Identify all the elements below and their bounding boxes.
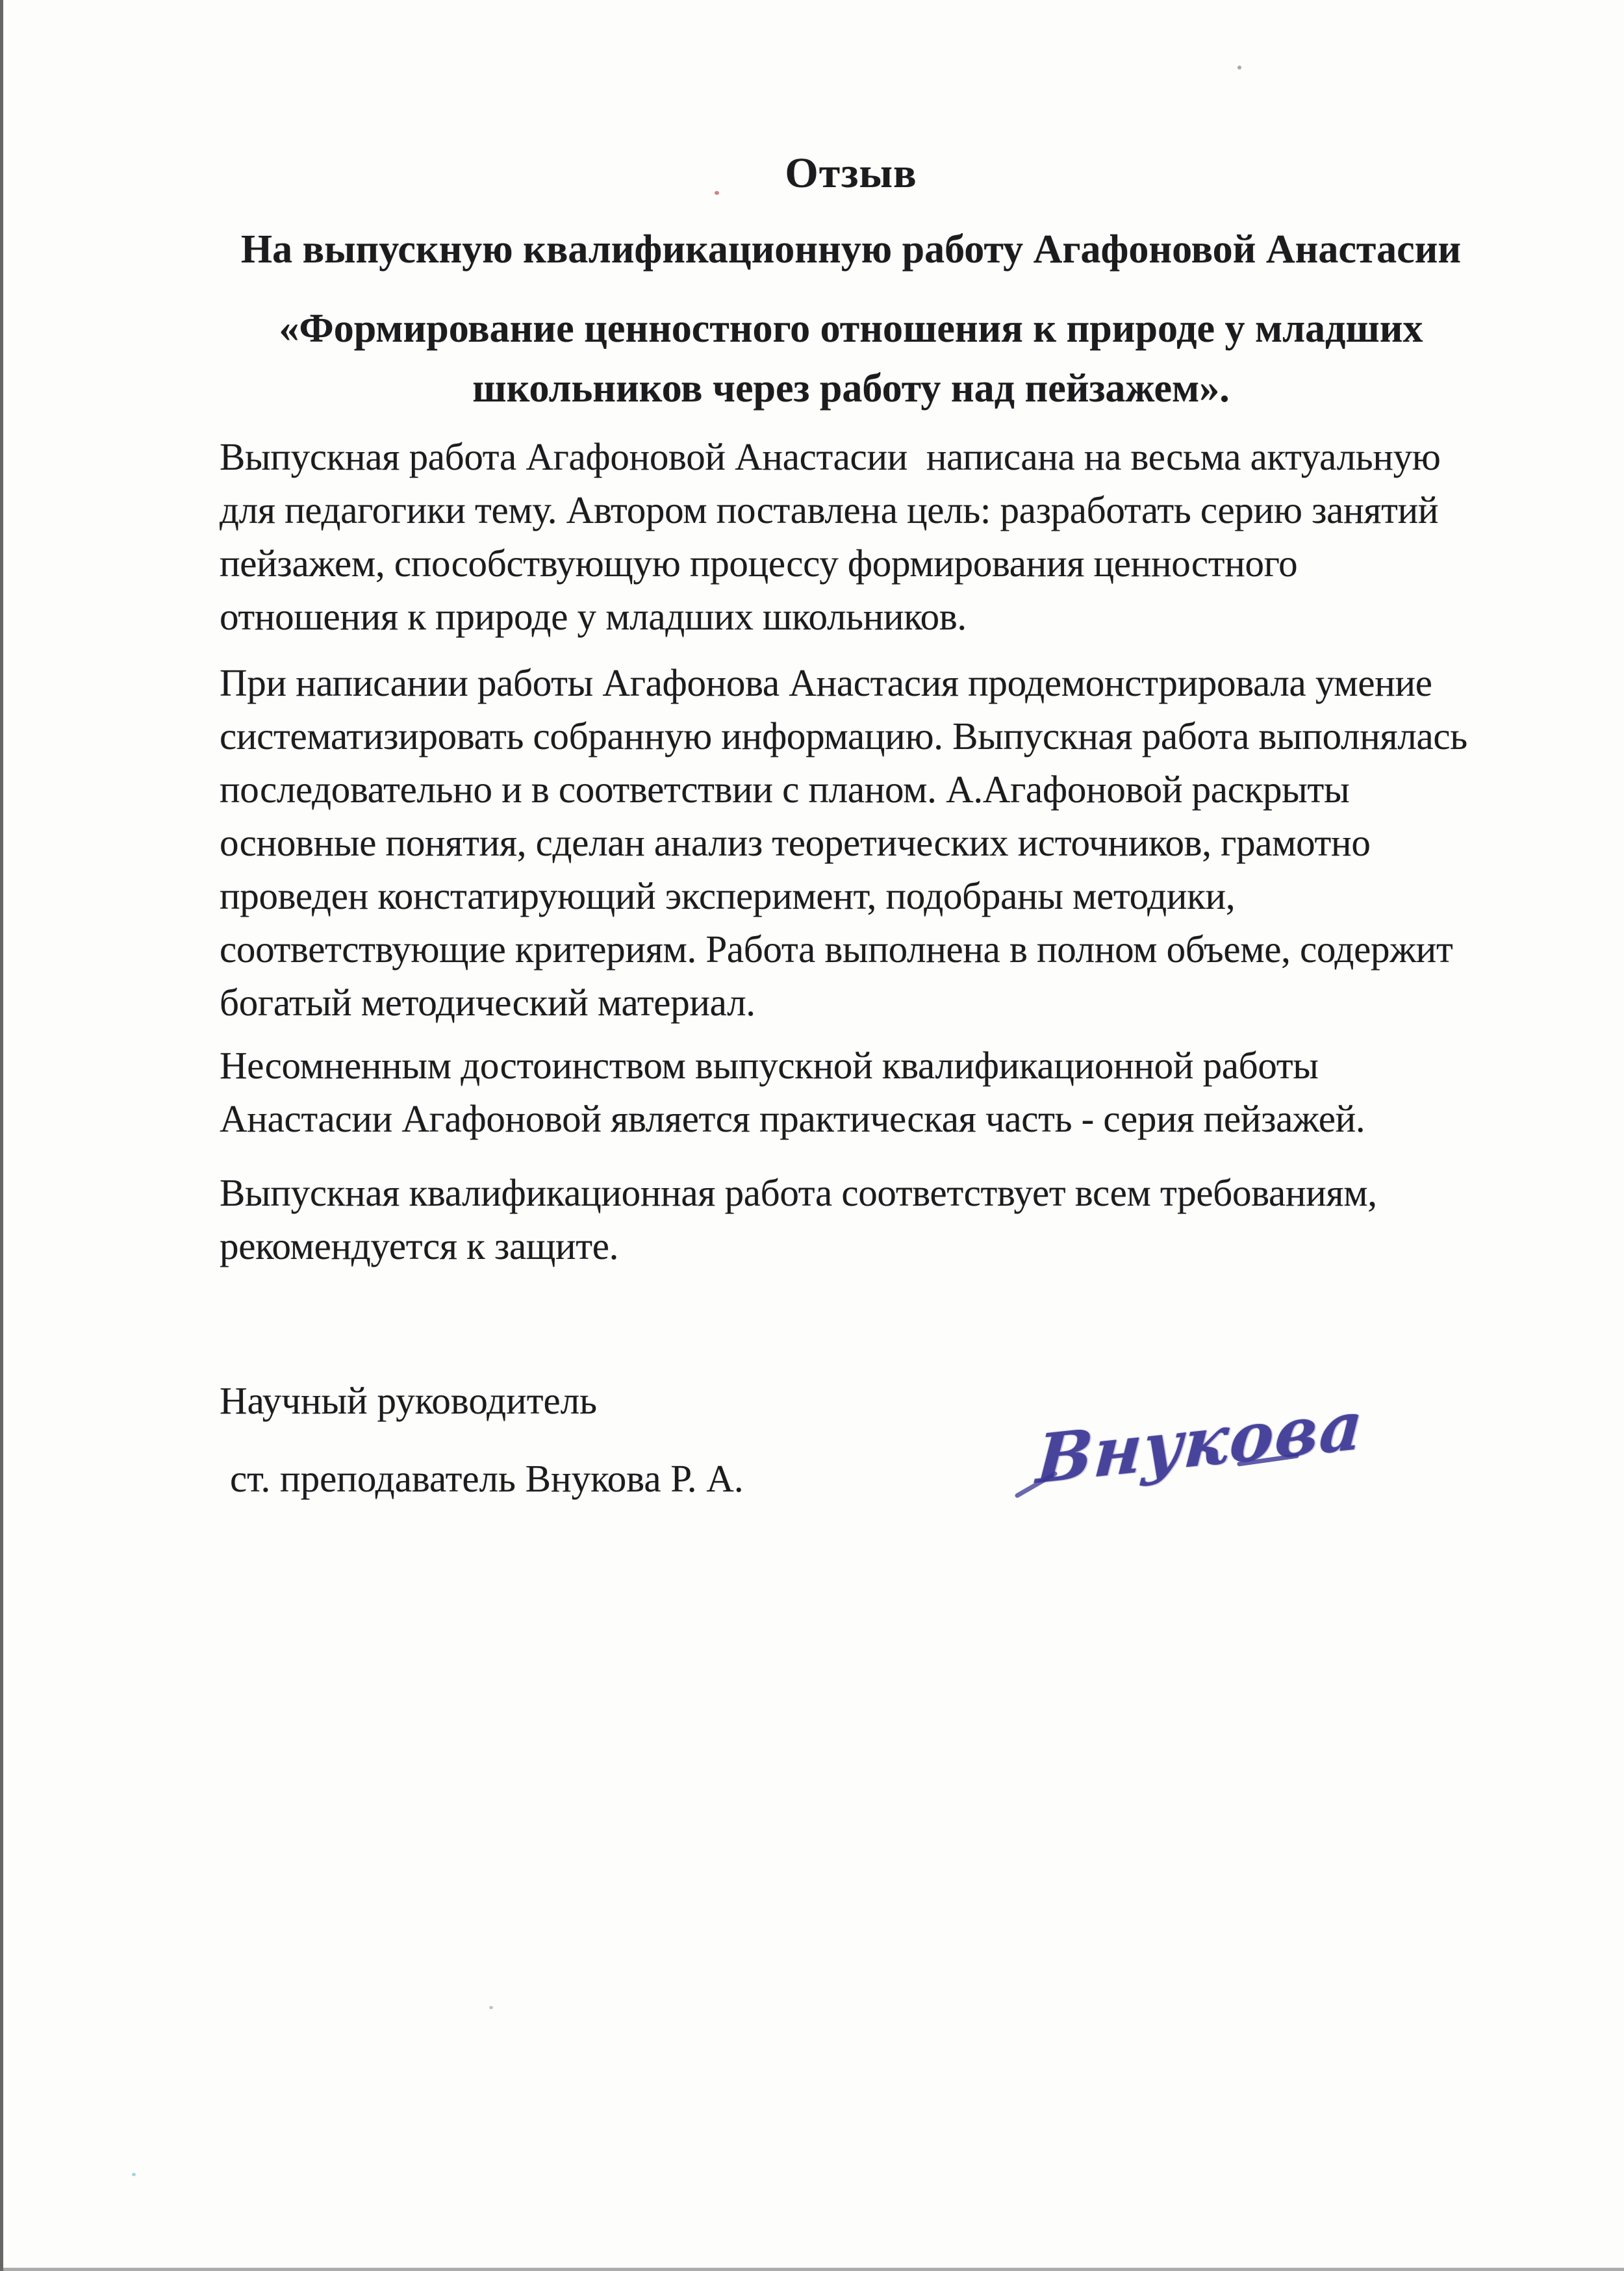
paragraph-line: Выпускная квалификационная работа соотве… xyxy=(220,1166,1482,1219)
paragraph-line: основные понятия, сделан анализ теоретич… xyxy=(220,816,1482,869)
scan-speck xyxy=(489,2006,493,2009)
document-title: Отзыв xyxy=(220,148,1482,199)
paragraph-line: последовательно и в соответствии с плано… xyxy=(220,763,1482,816)
work-title: «Формирование ценностного отношения к пр… xyxy=(220,299,1482,418)
paragraph-line: для педагогики тему. Автором поставлена … xyxy=(220,483,1482,537)
paragraph-3: Несомненным достоинством выпускной квали… xyxy=(220,1039,1482,1145)
work-title-line: школьников через работу над пейзажем». xyxy=(220,359,1482,418)
scan-speck xyxy=(1237,66,1241,70)
scan-edge-artifact-bottom xyxy=(0,2268,1624,2271)
signature-handwriting: Внукова xyxy=(1015,1410,1294,1533)
paragraph-4: Выпускная квалификационная работа соотве… xyxy=(220,1166,1482,1273)
paragraph-line: соответствующие критериям. Работа выполн… xyxy=(220,922,1482,976)
paragraph-2: При написании работы Агафонова Анастасия… xyxy=(220,656,1482,1029)
scan-speck xyxy=(132,2173,136,2176)
paragraph-line: систематизировать собранную информацию. … xyxy=(220,709,1482,763)
paragraph-line: Выпускная работа Агафоновой Анастасии на… xyxy=(220,430,1482,483)
scan-edge-artifact-left xyxy=(0,0,3,2271)
paragraph-line: Анастасии Агафоновой является практическ… xyxy=(220,1092,1482,1145)
paragraph-line: рекомендуется к защите. xyxy=(220,1219,1482,1273)
paragraph-line: При написании работы Агафонова Анастасия… xyxy=(220,656,1482,709)
scanned-document-page: Отзыв На выпускную квалификационную рабо… xyxy=(0,0,1624,2271)
paragraph-line: отношения к природе у младших школьников… xyxy=(220,590,1482,643)
work-title-line: «Формирование ценностного отношения к пр… xyxy=(220,299,1482,359)
document-subtitle: На выпускную квалификационную работу Ага… xyxy=(220,220,1482,279)
paragraph-1: Выпускная работа Агафоновой Анастасии на… xyxy=(220,430,1482,643)
paragraph-line: Несомненным достоинством выпускной квали… xyxy=(220,1039,1482,1092)
paragraph-line: богатый методический материал. xyxy=(220,976,1482,1029)
paragraph-line: пейзажем, способствующую процессу формир… xyxy=(220,537,1482,590)
paragraph-line: проведен констатирующий эксперимент, под… xyxy=(220,869,1482,922)
